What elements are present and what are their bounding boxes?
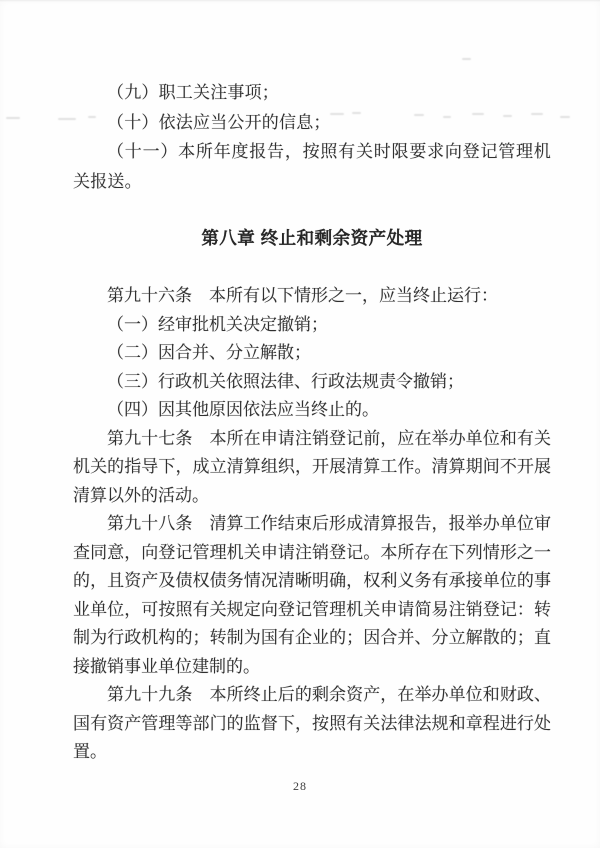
- paragraph: 第九十七条 本所在申请注销登记前，应在举办单位和有关机关的指导下，成立清算组织，…: [73, 425, 551, 511]
- paragraph: （九）职工关注事项；: [73, 78, 551, 108]
- paragraph: （十一）本所年度报告，按照有关时限要求向登记管理机关报送。: [73, 137, 551, 196]
- scan-smudge: [462, 58, 471, 60]
- paragraph: （三）行政机关依照法律、行政法规责令撤销；: [73, 368, 551, 397]
- scan-smudge: [6, 117, 20, 119]
- scan-edge-shadow: [0, 0, 600, 2]
- scan-smudge: [560, 116, 570, 118]
- paragraph: 第九十九条 本所终止后的剩余资产，在举办单位和财政、国有资产管理等部门的监督下，…: [73, 681, 551, 767]
- paragraph: （一）经审批机关决定撤销；: [73, 311, 551, 340]
- paragraph: （四）因其他原因依法应当终止的。: [73, 396, 551, 425]
- paragraph: 第九十六条 本所有以下情形之一，应当终止运行：: [73, 282, 551, 311]
- paragraph: （二）因合并、分立解散；: [73, 339, 551, 368]
- document-section: （九）职工关注事项；（十）依法应当公开的信息；（十一）本所年度报告，按照有关时限…: [73, 78, 551, 196]
- document-body: （九）职工关注事项；（十）依法应当公开的信息；（十一）本所年度报告，按照有关时限…: [73, 78, 551, 767]
- paragraph: （十）依法应当公开的信息；: [73, 108, 551, 138]
- document-section: 第九十六条 本所有以下情形之一，应当终止运行：（一）经审批机关决定撤销；（二）因…: [73, 282, 551, 767]
- paragraph: 第九十八条 清算工作结束后形成清算报告，报举办单位审查同意，向登记管理机关申请注…: [73, 510, 551, 681]
- chapter-heading: 第八章 终止和剩余资产处理: [73, 224, 551, 252]
- document-page: （九）职工关注事项；（十）依法应当公开的信息；（十一）本所年度报告，按照有关时限…: [0, 0, 600, 848]
- page-number: 28: [0, 779, 600, 794]
